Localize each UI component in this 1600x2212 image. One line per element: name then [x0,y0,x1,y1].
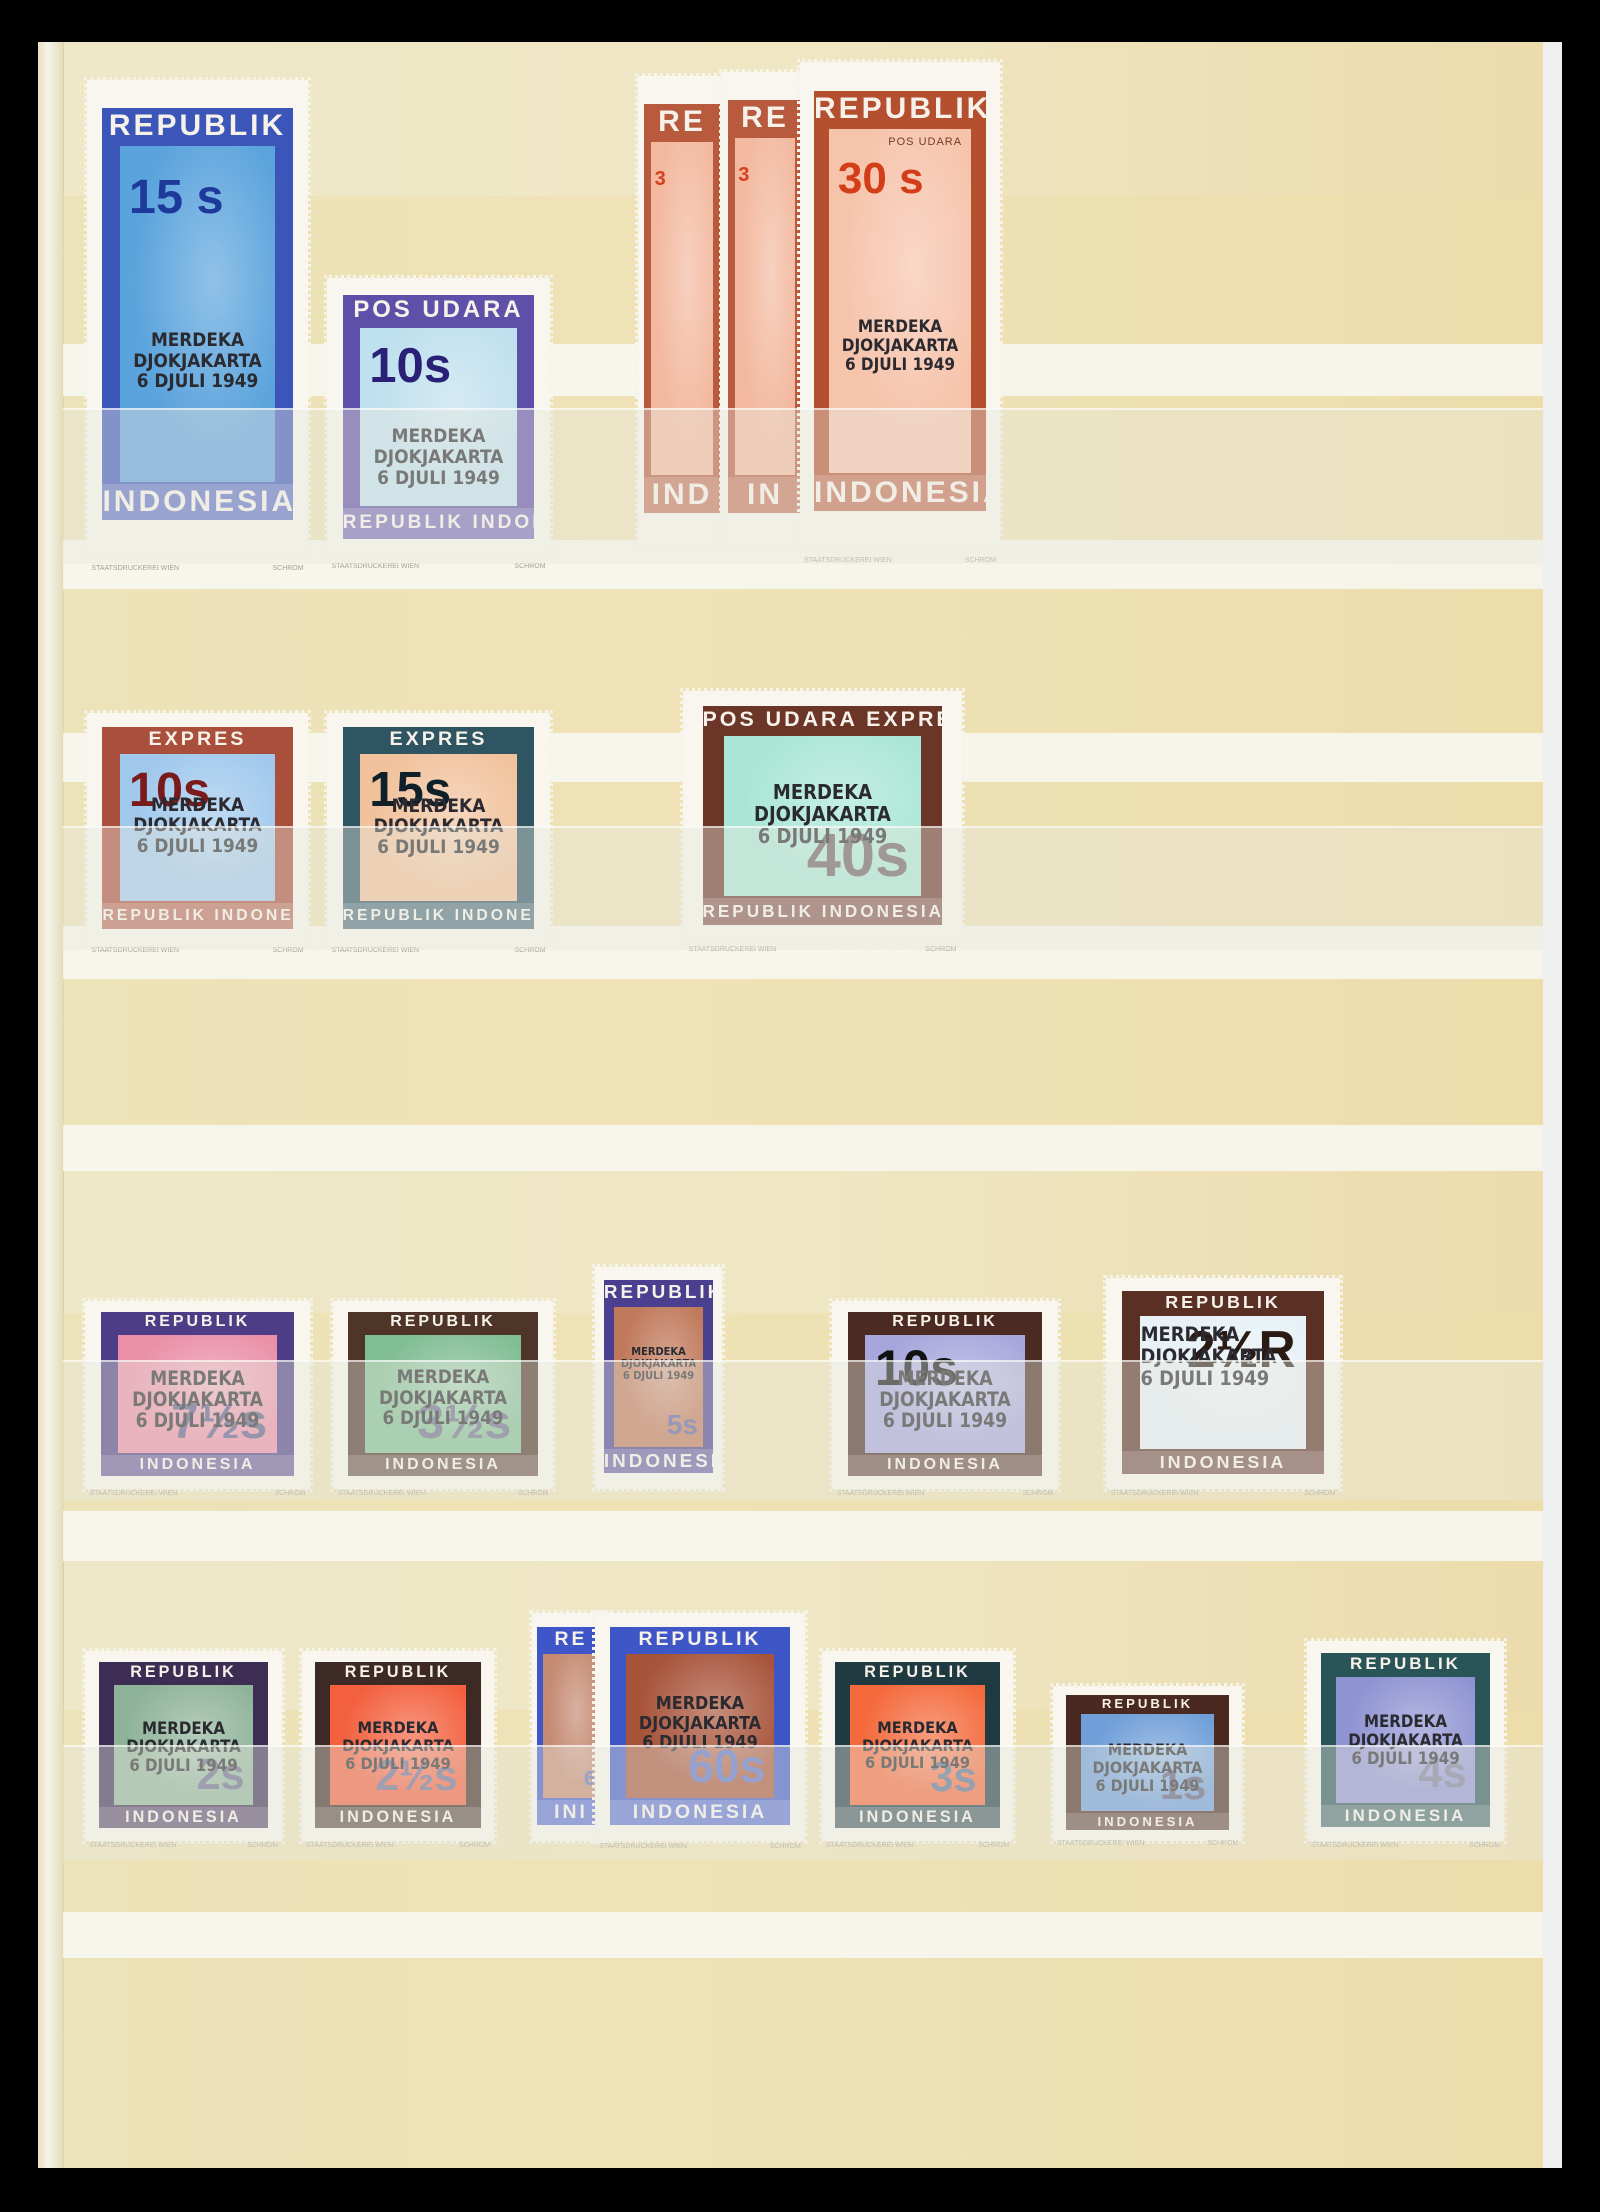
stamp-imprint: STAATSDRUCKEREI WIENSCHROM [89,1842,278,1849]
overprint-text: MERDEKA DJOKJAKARTA 6 DJULI 1949 [365,1368,520,1430]
stamp-denomination: 30 s [838,157,924,201]
stamp-imprint: STAATSDRUCKEREI WIENSCHROM [331,563,545,570]
printer-imprint: STAATSDRUCKEREI WIEN [331,563,419,570]
stamp-country-label: REPUBLIK [610,1627,791,1652]
stamp-vignette: 15 sMERDEKA DJOKJAKARTA 6 DJULI 1949 [120,146,276,482]
overprint-text: MERDEKA DJOKJAKARTA 6 DJULI 1949 [614,1346,704,1382]
stamp-imprint: STAATSDRUCKEREI WIENSCHROM [337,1490,548,1497]
designer-imprint: SCHROM [965,557,996,564]
stamp-vignette: 2sMERDEKA DJOKJAKARTA 6 DJULI 1949 [114,1685,253,1805]
overprint-text: MERDEKA DJOKJAKARTA 6 DJULI 1949 [118,1368,277,1431]
designer-imprint: SCHROM [925,946,956,953]
stamp-vignette: 1sMERDEKA DJOKJAKARTA 6 DJULI 1949 [1081,1714,1214,1811]
stamp-vignette: 10sMERDEKA DJOKJAKARTA 6 DJULI 1949 [865,1335,1024,1453]
stamp-country-label: INDONESIA [99,1807,268,1828]
stamp-frame: 4sMERDEKA DJOKJAKARTA 6 DJULI 1949REPUBL… [1321,1653,1490,1827]
stamp-subtitle: POS UDARA [888,136,962,148]
stamp-country-label: INDONESIA [348,1455,537,1476]
stamp-country-label: RE [644,104,720,140]
designer-imprint: SCHROM [1207,1840,1238,1847]
stamp-imprint: STAATSDRUCKEREI WIENSCHROM [91,565,303,572]
pocket-lip [63,1125,1543,1171]
overprint-text: MERDEKA DJOKJAKARTA 6 DJULI 1949 [120,331,276,393]
stamp-frame: 10sMERDEKA DJOKJAKARTA 6 DJULI 1949EXPRE… [102,727,292,929]
stamp-country-label: EXPRES [102,727,292,753]
stamp-country-label: INDONESIA [814,475,986,511]
stamp-vignette: 10sMERDEKA DJOKJAKARTA 6 DJULI 1949 [120,754,276,901]
designer-imprint: SCHROM [514,563,545,570]
stamp-country-label: POS UDARA [343,295,535,326]
stamp-imprint: STAATSDRUCKEREI WIENSCHROM [91,947,303,954]
stamp-country-label: IND [644,477,720,513]
stamp-vignette: 2½RMERDEKA DJOKJAKARTA 6 DJULI 1949 [1140,1316,1305,1449]
printer-imprint: STAATSDRUCKEREI WIEN [306,1842,394,1849]
stamp-imprint: STAATSDRUCKEREI WIENSCHROM [826,1842,1009,1849]
stamp-country-label: EXPRES [343,727,535,753]
stamp-imprint: STAATSDRUCKEREI WIENSCHROM [90,1490,306,1497]
stamp-country-label: INDONESIA [604,1449,713,1473]
stamp-vignette: 5sMERDEKA DJOKJAKARTA 6 DJULI 1949 [614,1307,704,1447]
stamp-country-label: INDONESIA [102,484,292,520]
stamp-3: 3REIND [638,76,726,546]
stamp-10s: 10sMERDEKA DJOKJAKARTA 6 DJULI 1949POS U… [327,278,550,559]
stamp-country-label: REPUBLIK [835,1662,999,1683]
designer-imprint: SCHROM [274,1490,305,1497]
pocket-lip [63,1912,1543,1958]
printer-imprint: STAATSDRUCKEREI WIEN [804,557,892,564]
stamp-vignette: 3 [651,142,713,475]
stamp-country-label: POS UDARA EXPRES [703,706,943,734]
stamp-country-label: REPUBLIK [99,1662,268,1683]
designer-imprint: SCHROM [1304,1490,1335,1497]
stamp-vignette: 30 sPOS UDARAMERDEKA DJOKJAKARTA 6 DJULI… [829,129,970,473]
stamp-denomination: 5s [667,1411,698,1439]
stamp-vignette: 15sMERDEKA DJOKJAKARTA 6 DJULI 1949 [360,754,517,901]
page-right-edge [1543,42,1562,2168]
stamp-imprint: STAATSDRUCKEREI WIENSCHROM [1057,1840,1238,1847]
printer-imprint: STAATSDRUCKEREI WIEN [337,1490,425,1497]
stamp-denomination: 10s [369,342,451,391]
stamp-frame: 15 sMERDEKA DJOKJAKARTA 6 DJULI 1949REPU… [102,108,292,520]
stamp-4s: 4sMERDEKA DJOKJAKARTA 6 DJULI 1949REPUBL… [1307,1641,1504,1841]
stamp-frame: 3REIND [644,104,720,513]
printer-imprint: STAATSDRUCKEREI WIEN [837,1490,925,1497]
stamp-imprint: STAATSDRUCKEREI WIENSCHROM [599,1843,801,1850]
stamp-country-label: INDONESIA [835,1807,999,1828]
stamp-imprint: STAATSDRUCKEREI WIENSCHROM [331,947,545,954]
stamp-2-halfs: 2½sMERDEKA DJOKJAKARTA 6 DJULI 1949REPUB… [302,1651,494,1841]
printer-imprint: STAATSDRUCKEREI WIEN [826,1842,914,1849]
stamp-denomination: 6 [584,1769,595,1789]
stamp-frame: 3sMERDEKA DJOKJAKARTA 6 DJULI 1949REPUBL… [835,1662,999,1827]
printer-imprint: STAATSDRUCKEREI WIEN [1311,1842,1399,1849]
designer-imprint: SCHROM [272,947,303,954]
stamp-frame: 2sMERDEKA DJOKJAKARTA 6 DJULI 1949REPUBL… [99,1662,268,1827]
stamp-country-label: INDONESIA [610,1800,791,1825]
stamp-10s: 10sMERDEKA DJOKJAKARTA 6 DJULI 1949REPUB… [832,1301,1058,1489]
overprint-text: MERDEKA DJOKJAKARTA 6 DJULI 1949 [120,796,276,858]
stamp-frame: 10sMERDEKA DJOKJAKARTA 6 DJULI 1949REPUB… [848,1312,1042,1476]
stamp-country-label: RE [728,100,802,136]
overprint-text: MERDEKA DJOKJAKARTA 6 DJULI 1949 [330,1719,465,1773]
stamp-vignette: 60sMERDEKA DJOKJAKARTA 6 DJULI 1949 [626,1654,774,1798]
stamp-country-label: IN [728,477,802,513]
stamp-country-label: INDONESIA [315,1807,480,1828]
stamp-imprint: STAATSDRUCKEREI WIENSCHROM [837,1490,1054,1497]
printer-imprint: STAATSDRUCKEREI WIEN [91,565,179,572]
designer-imprint: SCHROM [459,1842,490,1849]
stamp-country-label: REPUBLIK [1066,1695,1229,1712]
designer-imprint: SCHROM [1469,1842,1500,1849]
designer-imprint: SCHROM [1022,1490,1053,1497]
stamp-frame: 30 sPOS UDARAMERDEKA DJOKJAKARTA 6 DJULI… [814,91,986,511]
stamp-frame: 60sMERDEKA DJOKJAKARTA 6 DJULI 1949REPUB… [610,1627,791,1825]
stamp-vignette: 10sMERDEKA DJOKJAKARTA 6 DJULI 1949 [360,328,517,507]
stamp-frame: 3½sMERDEKA DJOKJAKARTA 6 DJULI 1949REPUB… [348,1312,537,1476]
pocket-lip [63,1511,1543,1561]
stamp-country-label: REPUBLIK [315,1662,480,1683]
printer-imprint: STAATSDRUCKEREI WIEN [89,1842,177,1849]
overprint-text: MERDEKA DJOKJAKARTA 6 DJULI 1949 [850,1719,985,1773]
overprint-text: MERDEKA DJOKJAKARTA 6 DJULI 1949 [865,1368,1024,1431]
overprint-text: MERDEKA DJOKJAKARTA 6 DJULI 1949 [360,426,517,489]
stamp-imprint: STAATSDRUCKEREI WIENSCHROM [1111,1490,1336,1497]
stamp-15s: 15sMERDEKA DJOKJAKARTA 6 DJULI 1949EXPRE… [327,713,550,945]
stamp-vignette: 2½sMERDEKA DJOKJAKARTA 6 DJULI 1949 [330,1685,465,1805]
stamp-3: 3REIN [722,72,808,546]
stamp-5s: 5sMERDEKA DJOKJAKARTA 6 DJULI 1949REPUBL… [595,1267,722,1489]
stamp-denomination: 3 [655,169,666,189]
stamp-60s: 60sMERDEKA DJOKJAKARTA 6 DJULI 1949REPUB… [595,1613,805,1841]
stamp-vignette: 4sMERDEKA DJOKJAKARTA 6 DJULI 1949 [1336,1677,1475,1803]
stamp-frame: 5sMERDEKA DJOKJAKARTA 6 DJULI 1949REPUBL… [604,1280,713,1473]
stamp-imprint: STAATSDRUCKEREI WIENSCHROM [306,1842,490,1849]
stamp-imprint: STAATSDRUCKEREI WIENSCHROM [689,946,957,953]
overprint-text: MERDEKA DJOKJAKARTA 6 DJULI 1949 [114,1719,253,1774]
stamp-country-label: REPUBLIK INDONESIA [343,903,535,929]
designer-imprint: SCHROM [517,1490,548,1497]
overprint-text: MERDEKA DJOKJAKARTA 6 DJULI 1949 [1140,1324,1239,1390]
stamp-vignette: 3½sMERDEKA DJOKJAKARTA 6 DJULI 1949 [365,1335,520,1453]
stamp-frame: 40sMERDEKA DJOKJAKARTA 6 DJULI 1949POS U… [703,706,943,925]
stamp-vignette: 40sMERDEKA DJOKJAKARTA 6 DJULI 1949 [724,736,921,896]
stamp-vignette: 7½sMERDEKA DJOKJAKARTA 6 DJULI 1949 [118,1335,277,1453]
stamp-imprint: STAATSDRUCKEREI WIENSCHROM [804,557,996,564]
stamp-frame: 2½sMERDEKA DJOKJAKARTA 6 DJULI 1949REPUB… [315,1662,480,1827]
stamp-denomination: 15 s [129,173,224,222]
overprint-text: MERDEKA DJOKJAKARTA 6 DJULI 1949 [1336,1712,1475,1767]
printer-imprint: STAATSDRUCKEREI WIEN [689,946,777,953]
designer-imprint: SCHROM [770,1843,801,1850]
stamp-10s: 10sMERDEKA DJOKJAKARTA 6 DJULI 1949EXPRE… [87,713,308,945]
pocket-strip [63,979,1543,1125]
stamp-denomination: 3 [738,165,749,185]
stamp-7-halfs: 7½sMERDEKA DJOKJAKARTA 6 DJULI 1949REPUB… [85,1301,310,1489]
stamp-40s: 40sMERDEKA DJOKJAKARTA 6 DJULI 1949POS U… [683,691,962,943]
overprint-text: MERDEKA DJOKJAKARTA 6 DJULI 1949 [829,318,970,374]
stamp-country-label: INDONESIA [1321,1805,1490,1827]
overprint-text: MERDEKA DJOKJAKARTA 6 DJULI 1949 [1081,1741,1214,1794]
stamp-country-label: INDONESIA [1066,1813,1229,1830]
stamp-15s: 15 sMERDEKA DJOKJAKARTA 6 DJULI 1949REPU… [87,80,308,553]
stamp-country-label: INDONESIA [1122,1451,1323,1474]
stamp-country-label: REPUBLIK [814,91,986,127]
printer-imprint: STAATSDRUCKEREI WIEN [1111,1490,1199,1497]
stamp-vignette: 3 [735,138,796,474]
stamp-2s: 2sMERDEKA DJOKJAKARTA 6 DJULI 1949REPUBL… [85,1651,282,1841]
stamp-3s: 3sMERDEKA DJOKJAKARTA 6 DJULI 1949REPUBL… [822,1651,1013,1841]
stamp-imprint: STAATSDRUCKEREI WIENSCHROM [1311,1842,1500,1849]
stamp-country-label: REPUBLIK [848,1312,1042,1333]
stamp-country-label: REPUBLIK [1122,1291,1323,1314]
stamp-country-label: REPUBLIK [348,1312,537,1333]
printer-imprint: STAATSDRUCKEREI WIEN [91,947,179,954]
stamp-2-halfR: 2½RMERDEKA DJOKJAKARTA 6 DJULI 1949REPUB… [1106,1278,1340,1489]
stamp-1s: 1sMERDEKA DJOKJAKARTA 6 DJULI 1949REPUBL… [1053,1686,1242,1841]
stamp-frame: 3REIN [728,100,802,512]
stamp-30s: 30 sPOS UDARAMERDEKA DJOKJAKARTA 6 DJULI… [800,62,1000,545]
stamp-frame: 15sMERDEKA DJOKJAKARTA 6 DJULI 1949EXPRE… [343,727,535,929]
designer-imprint: SCHROM [514,947,545,954]
stamp-country-label: REPUBLIK [604,1280,713,1304]
stamp-country-label: INDONESIA [101,1455,295,1476]
printer-imprint: STAATSDRUCKEREI WIEN [90,1490,178,1497]
pocket-strip [63,1958,1543,2168]
overprint-text: MERDEKA DJOKJAKARTA 6 DJULI 1949 [724,781,921,847]
overprint-text: MERDEKA DJOKJAKARTA 6 DJULI 1949 [360,796,517,859]
stamp-country-label: REPUBLIK INDONESIA [703,898,943,926]
printer-imprint: STAATSDRUCKEREI WIEN [1057,1840,1145,1847]
page-binding-strip [38,42,64,2168]
designer-imprint: SCHROM [272,565,303,572]
stamp-country-label: REPUBLIK [101,1312,295,1333]
printer-imprint: STAATSDRUCKEREI WIEN [331,947,419,954]
stamp-frame: 2½RMERDEKA DJOKJAKARTA 6 DJULI 1949REPUB… [1122,1291,1323,1475]
stamp-vignette: 3sMERDEKA DJOKJAKARTA 6 DJULI 1949 [850,1685,985,1805]
stamp-frame: 1sMERDEKA DJOKJAKARTA 6 DJULI 1949REPUBL… [1066,1695,1229,1830]
stamp-country-label: REPUBLIK [1321,1653,1490,1675]
stamp-frame: 10sMERDEKA DJOKJAKARTA 6 DJULI 1949POS U… [343,295,535,539]
stamp-country-label: REPUBLIK INDONESIA [102,903,292,929]
stamp-country-label: REPUBLIK [102,108,292,144]
printer-imprint: STAATSDRUCKEREI WIEN [599,1843,687,1850]
stamp-country-label: INDONESIA [848,1455,1042,1476]
designer-imprint: SCHROM [247,1842,278,1849]
overprint-text: MERDEKA DJOKJAKARTA 6 DJULI 1949 [626,1694,774,1753]
designer-imprint: SCHROM [978,1842,1009,1849]
stamp-3-halfs: 3½sMERDEKA DJOKJAKARTA 6 DJULI 1949REPUB… [333,1301,553,1489]
stamp-vignette: 6 [543,1654,598,1798]
stamp-country-label: REPUBLIK INDONESIA [343,508,535,539]
stamp-frame: 7½sMERDEKA DJOKJAKARTA 6 DJULI 1949REPUB… [101,1312,295,1476]
